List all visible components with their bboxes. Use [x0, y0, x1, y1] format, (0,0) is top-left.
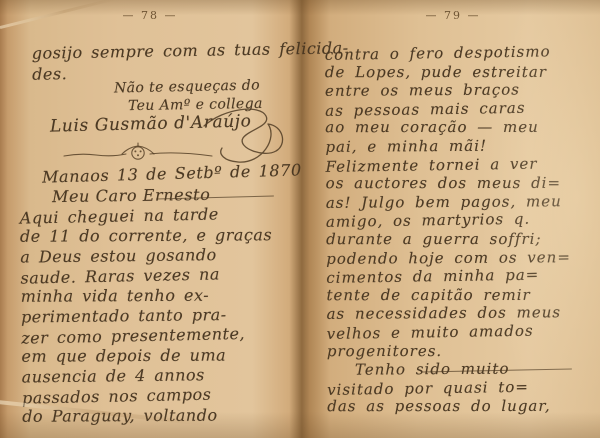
handwritten-line: as pessoas mais caras	[325, 98, 570, 120]
handwritten-line: amigo, os martyrios q.	[326, 209, 571, 231]
letter-body-left: Aqui cheguei na tarde de 11 do corrente,…	[20, 204, 275, 427]
handwritten-line: pai, e minha mãi!	[325, 136, 570, 156]
handwritten-line: tente de capitão remir	[326, 286, 571, 305]
handwritten-line: ao meu coração — meu	[325, 118, 570, 137]
salutation-line: Meu Caro Ernesto	[52, 185, 211, 206]
handwritten-line: velhos e muito amados	[327, 321, 572, 343]
handwritten-line: os auctores dos meus di=	[326, 174, 571, 193]
handwritten-line: do Paraguay, voltando	[22, 405, 274, 427]
handwritten-line: contra o fero despotismo	[325, 42, 570, 64]
right-page: — 79 — contra o fero despotismo de Lopes…	[306, 0, 600, 438]
page-number-right: — 79 —	[306, 9, 600, 22]
handwritten-line: de Lopes, pude estreitar	[325, 62, 570, 81]
handwritten-line: entre os meus braços	[325, 80, 570, 100]
handwritten-line: visitado por quasi to=	[327, 377, 572, 399]
book-spread: — 78 — gosijo sempre com as tuas felicid…	[0, 0, 600, 438]
handwritten-paragraph: gosijo sempre com as tuas felicida- des.	[32, 37, 350, 85]
handwritten-line: em que depois de uma	[21, 345, 273, 367]
handwritten-line: de 11 do corrente, e graças	[20, 225, 272, 247]
handwritten-line: progenitores.	[327, 341, 572, 360]
handwritten-line: Felizmente tornei a ver	[325, 154, 570, 176]
page-number-left: — 78 —	[6, 9, 294, 22]
left-page: — 78 — gosijo sempre com as tuas felicid…	[6, 0, 294, 438]
handwritten-line: durante a guerra soffri;	[326, 230, 571, 249]
letter-body-right: contra o fero despotismo de Lopes, pude …	[325, 43, 572, 417]
divider-flourish-icon	[62, 141, 214, 165]
handwritten-line: minha vida tenho ex-	[21, 285, 273, 307]
handwritten-line: cimentos da minha pa=	[326, 265, 571, 287]
farewell-line: Não te esqueças do	[114, 77, 260, 96]
handwritten-line: das as pessoas do lugar,	[327, 397, 572, 416]
